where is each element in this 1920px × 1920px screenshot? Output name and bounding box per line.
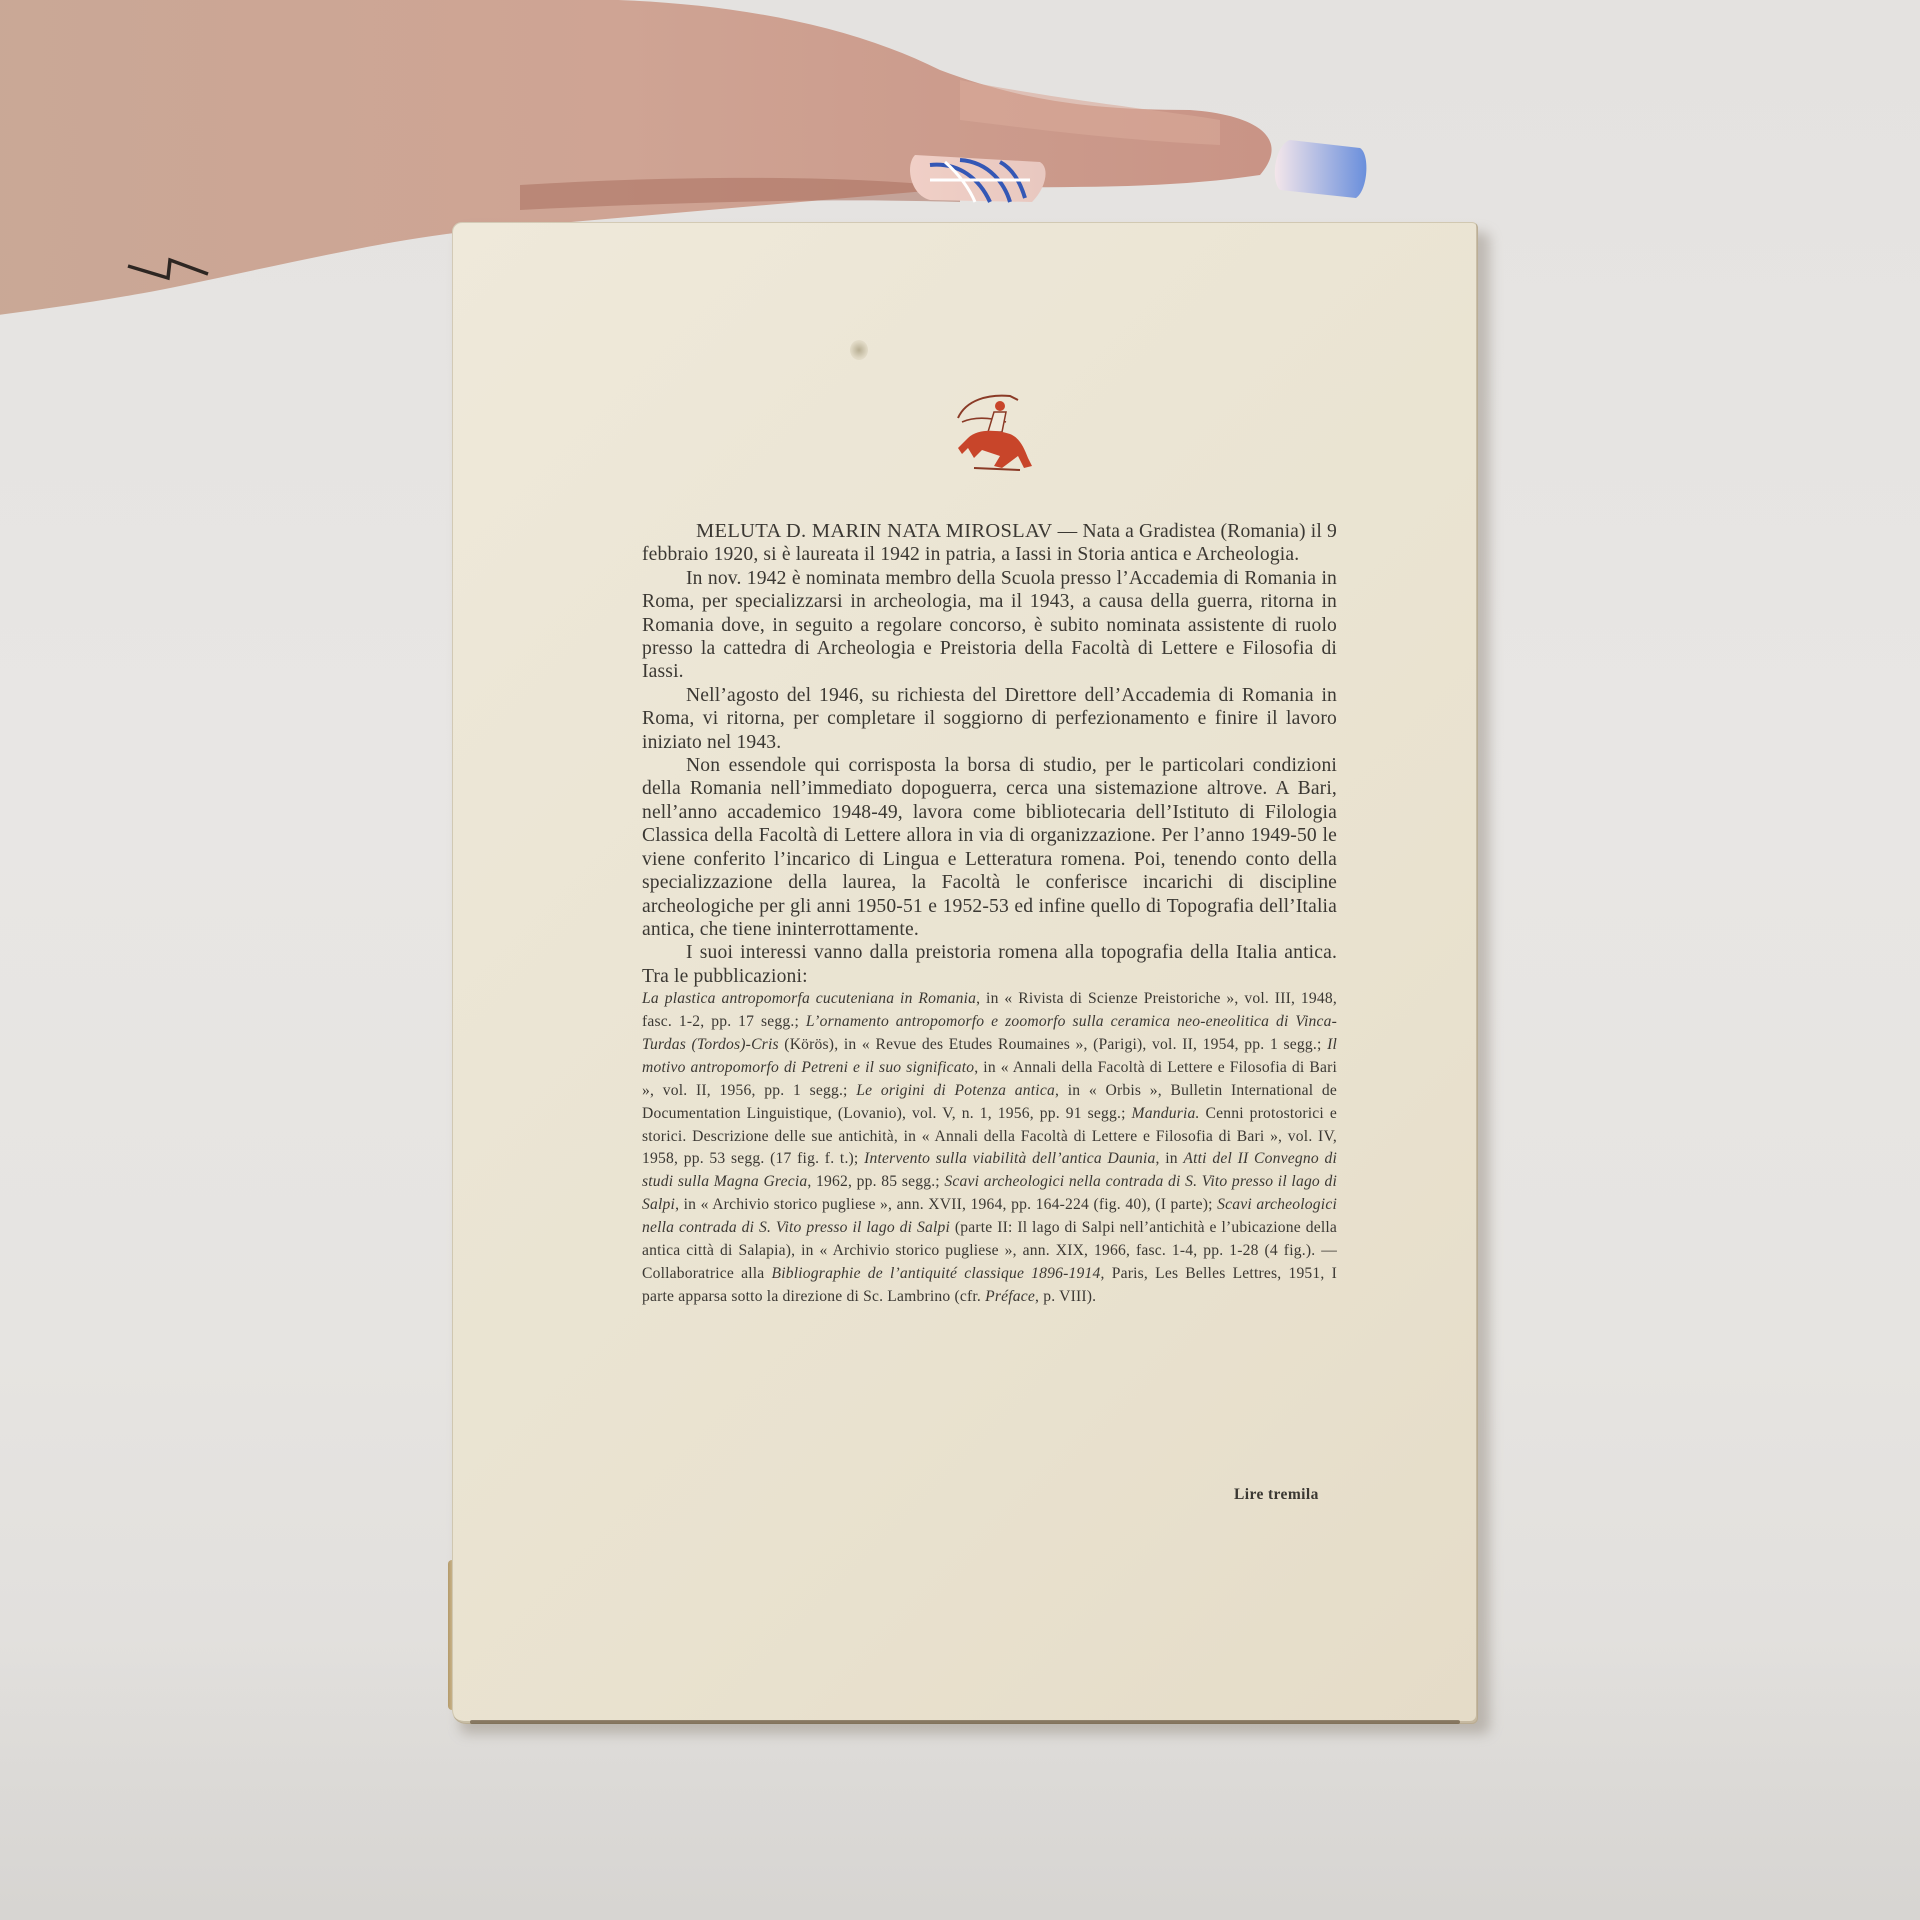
bio-paragraph-5: I suoi interessi vanno dalla preistoria …: [642, 941, 1337, 988]
bib-title: Le origini di Potenza antica: [856, 1082, 1055, 1099]
bio-paragraph-3: Nell’agosto del 1946, su richiesta del D…: [642, 684, 1337, 754]
bibliography-list: La plastica antropomorfa cucuteniana in …: [642, 988, 1337, 1309]
nail-art-right: [1275, 140, 1367, 198]
bio-paragraph-2: In nov. 1942 è nominata membro della Scu…: [642, 567, 1337, 684]
price-label: Lire tremila: [1234, 1486, 1319, 1504]
bio-paragraph-4: Non essendole qui corrisposta la borsa d…: [642, 754, 1337, 941]
nail-art-left: [910, 155, 1046, 202]
bio-paragraph-1: MELUTA D. MARIN NATA MIROSLAV — Nata a G…: [642, 520, 1337, 567]
book-bottom-edge: [470, 1720, 1460, 1724]
author-name: MELUTA D. MARIN NATA MIROSLAV: [696, 520, 1053, 542]
bib-title: Manduria.: [1132, 1105, 1200, 1122]
bib-title: Intervento sulla viabilità dell’antica D…: [864, 1150, 1155, 1167]
paper-stain: [850, 340, 868, 360]
bib-title: Bibliographie de l’antiquité classique 1…: [771, 1265, 1100, 1282]
bib-title: Préface: [985, 1288, 1035, 1305]
centaur-archer-logo-icon: [948, 388, 1043, 476]
biography-text: MELUTA D. MARIN NATA MIROSLAV — Nata a G…: [642, 520, 1337, 1309]
bib-title: La plastica antropomorfa cucuteniana in …: [642, 990, 976, 1007]
